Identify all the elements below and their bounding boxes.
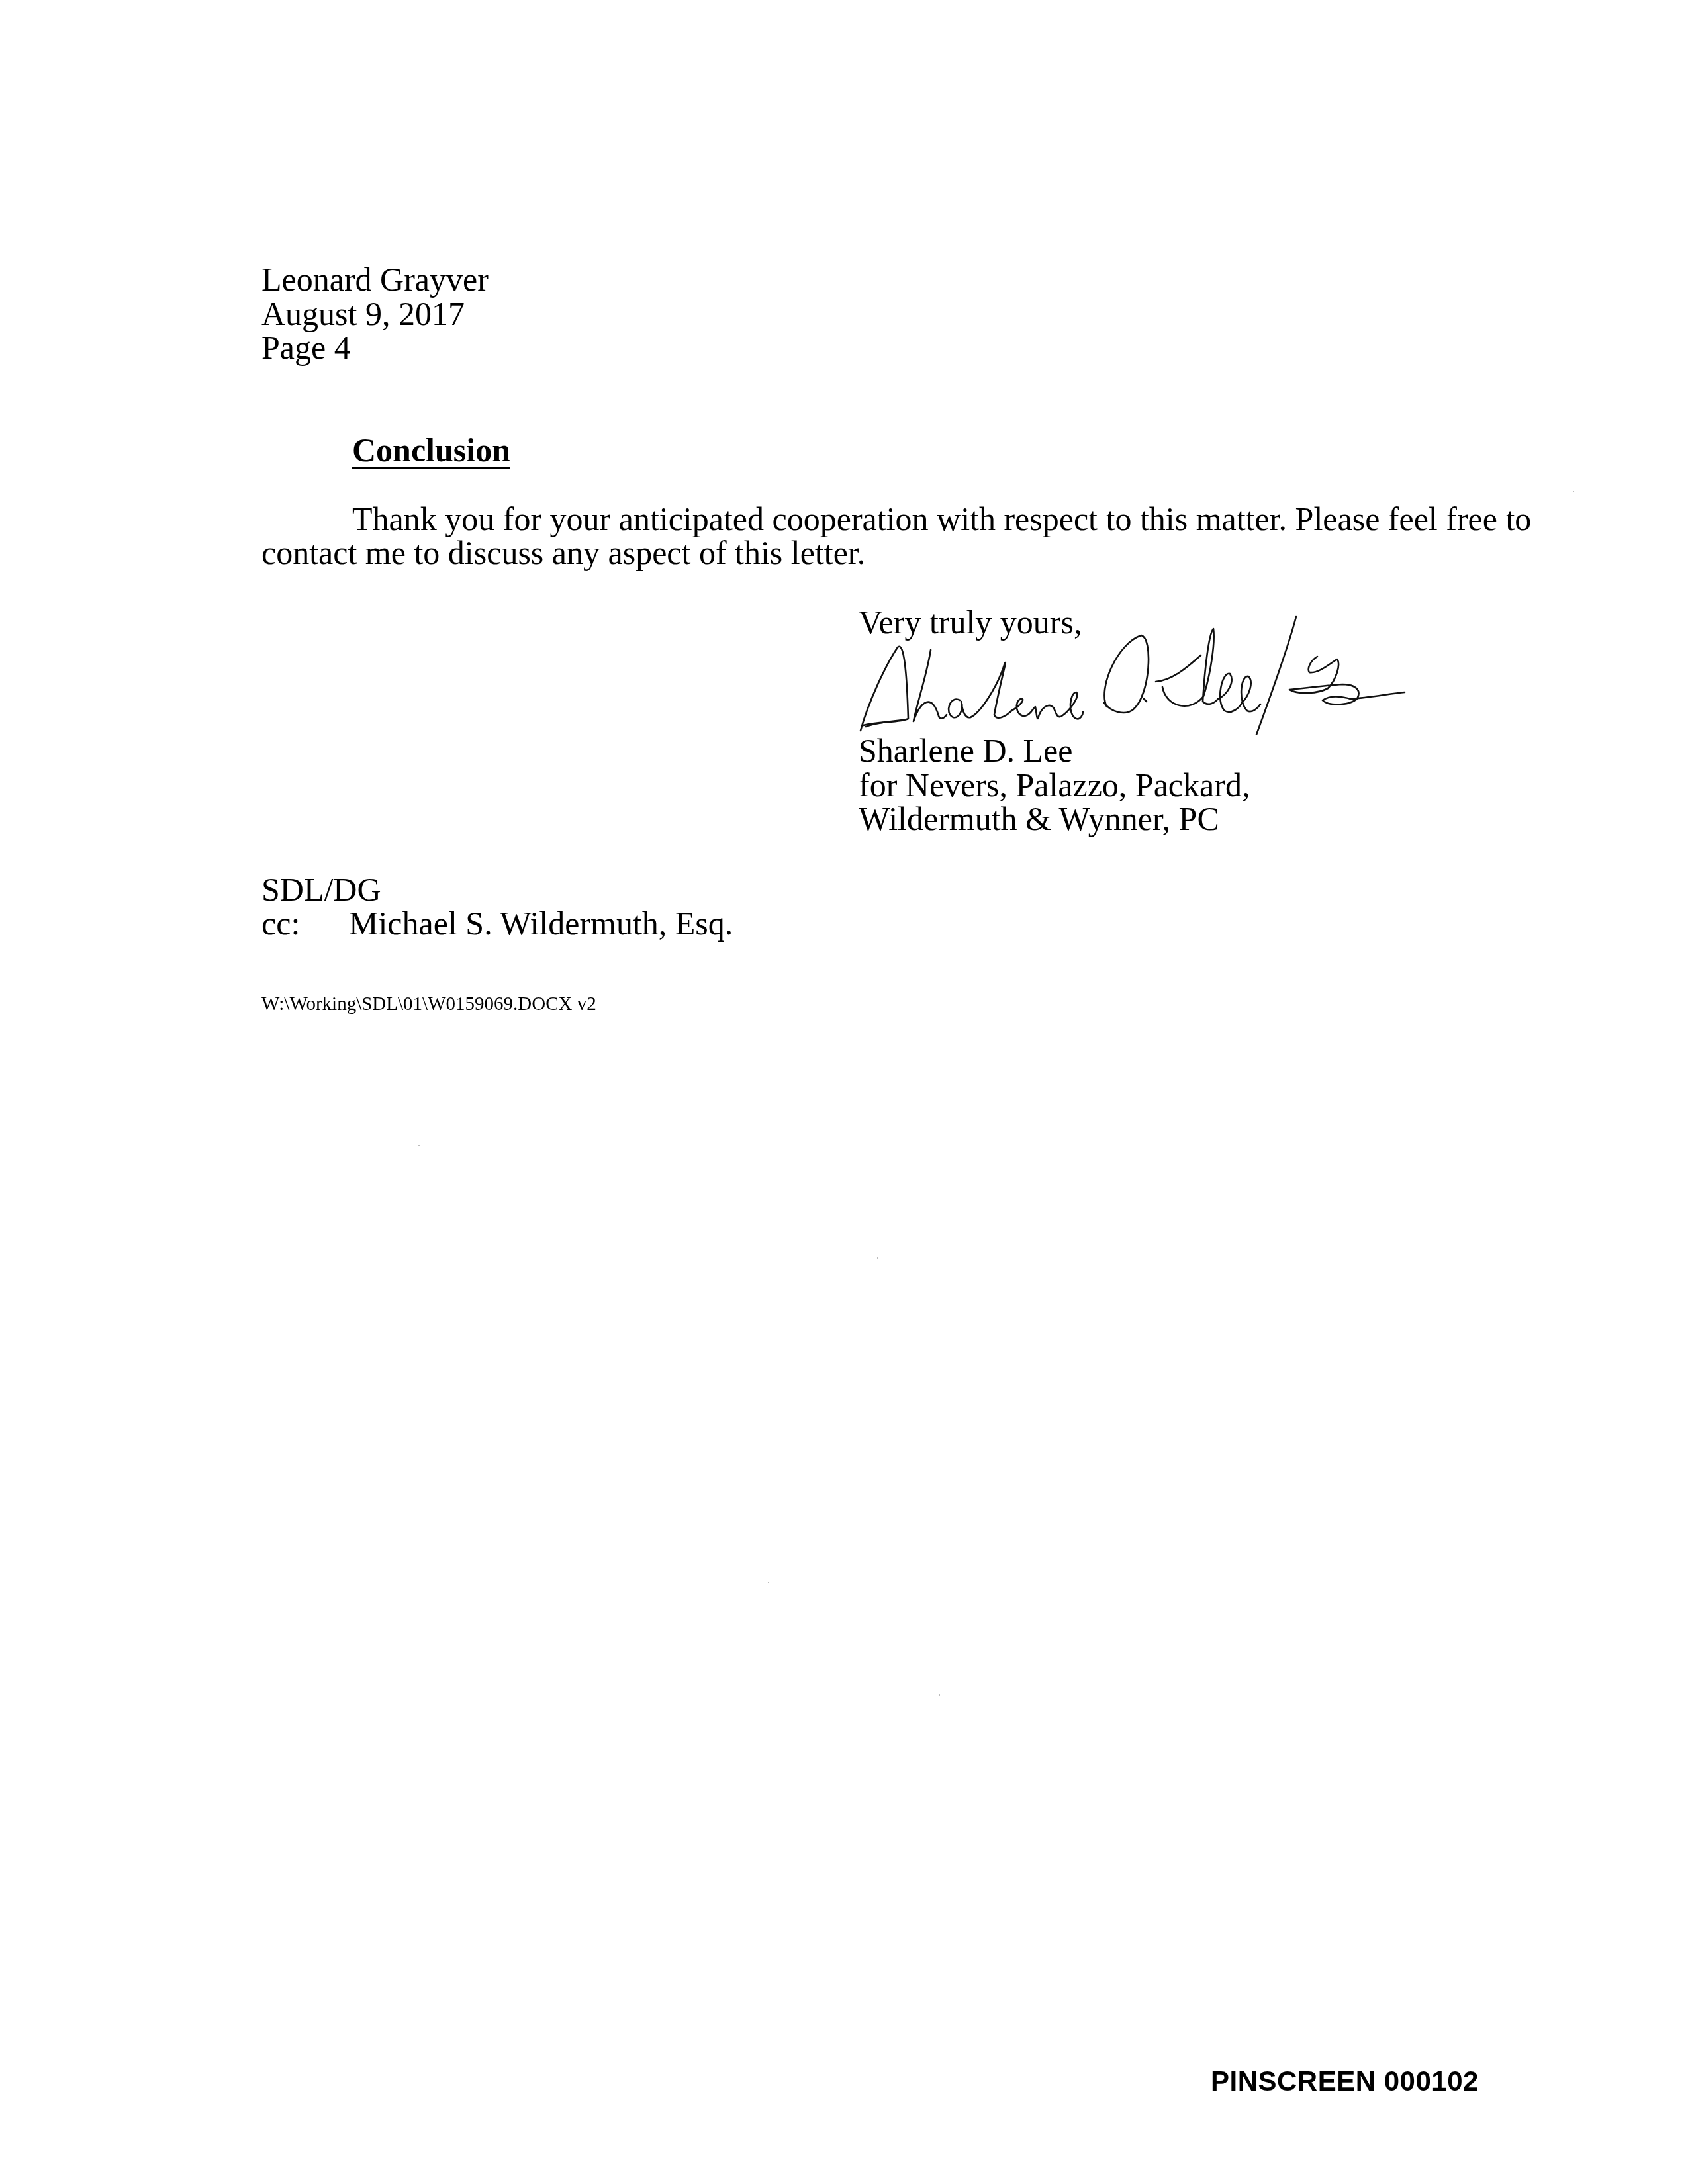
recipient-name: Leonard Grayver: [261, 263, 489, 297]
paragraph-line-2: contact me to discuss any aspect of this…: [261, 536, 865, 570]
signature-icon: [847, 602, 1410, 735]
cc-label: cc:: [261, 907, 349, 941]
paragraph-line-1: Thank you for your anticipated cooperati…: [352, 502, 1531, 537]
scan-speck: [939, 1694, 940, 1696]
scan-speck: [1573, 491, 1574, 492]
scan-speck: [877, 1257, 878, 1259]
cc-line: cc:Michael S. Wildermuth, Esq.: [261, 907, 733, 941]
cc-recipient: Michael S. Wildermuth, Esq.: [349, 905, 733, 942]
signer-name: Sharlene D. Lee: [859, 734, 1250, 768]
section-heading: Conclusion: [352, 433, 510, 468]
bates-number: PINSCREEN 000102: [1211, 2068, 1479, 2095]
firm-name-line-1: for Nevers, Palazzo, Packard,: [859, 768, 1250, 803]
letter-header: Leonard Grayver August 9, 2017 Page 4: [261, 263, 489, 365]
scan-speck: [418, 1145, 420, 1146]
letter-date: August 9, 2017: [261, 297, 489, 332]
document-file-path: W:\Working\SDL\01\W0159069.DOCX v2: [261, 995, 596, 1014]
page-number: Page 4: [261, 331, 489, 365]
firm-name-line-2: Wildermuth & Wynner, PC: [859, 802, 1250, 837]
signer-block: Sharlene D. Lee for Nevers, Palazzo, Pac…: [859, 734, 1250, 837]
typist-initials: SDL/DG: [261, 873, 381, 907]
letter-page: Leonard Grayver August 9, 2017 Page 4 Co…: [0, 0, 1688, 2184]
scan-speck: [768, 1582, 769, 1583]
